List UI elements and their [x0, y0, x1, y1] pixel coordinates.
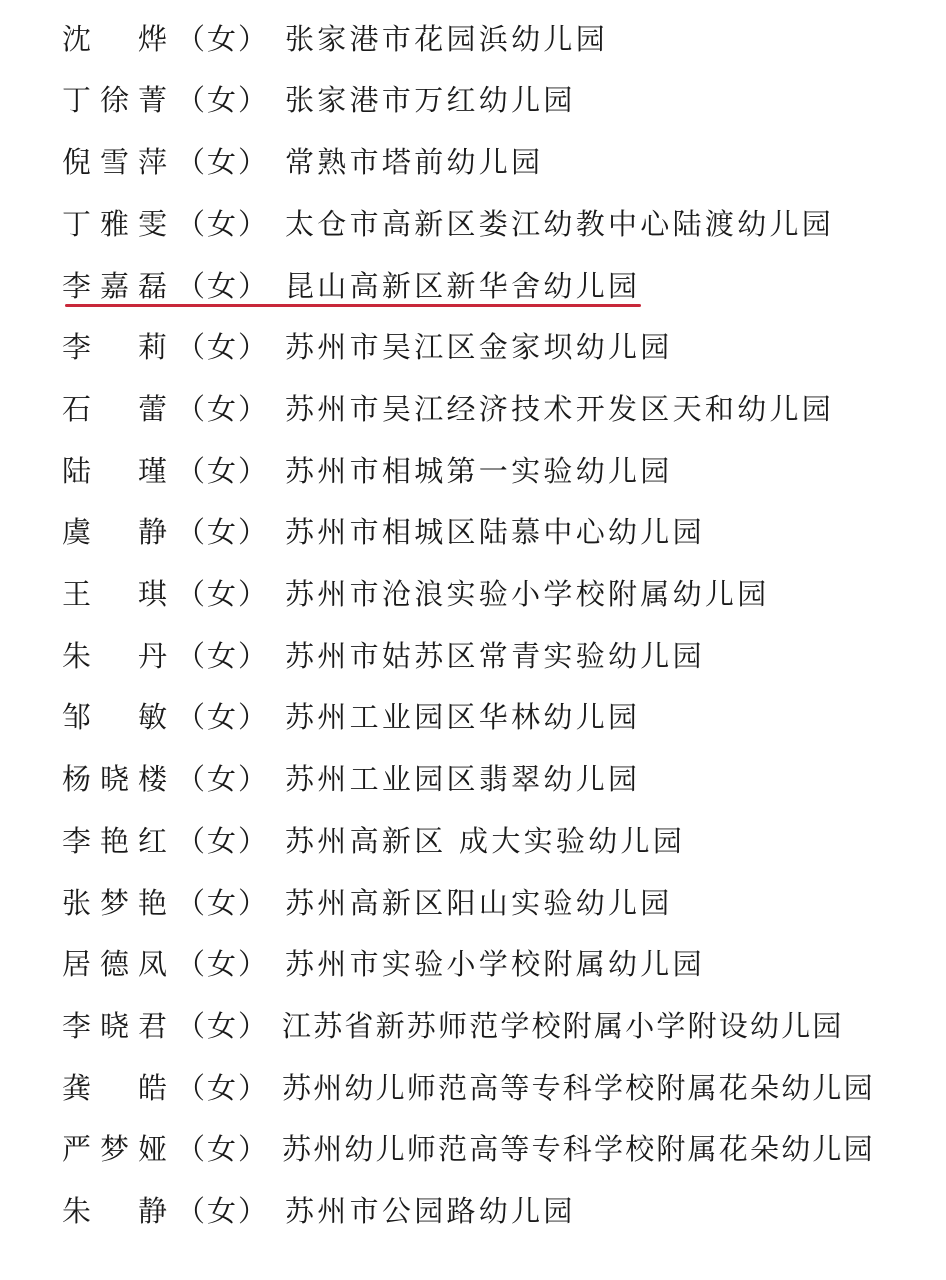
- gender-label: （女）: [176, 199, 269, 249]
- organization: 苏州市姑苏区常青实验幼儿园: [285, 631, 705, 681]
- gender-label: （女）: [176, 631, 269, 681]
- list-item: 沈烨（女） 张家港市花园浜幼儿园: [0, 14, 946, 64]
- list-item: 杨晓楼（女） 苏州工业园区翡翠幼儿园: [0, 754, 946, 804]
- organization: 苏州市吴江区金家坝幼儿园: [285, 322, 673, 372]
- list-item: 龚皓（女） 苏州幼儿师范高等专科学校附属花朵幼儿园: [0, 1063, 946, 1113]
- organization: 苏州市相城区陆慕中心幼儿园: [285, 507, 705, 557]
- person-name: 李晓君（女）: [62, 1001, 269, 1051]
- gender-label: （女）: [176, 1186, 269, 1236]
- organization: 江苏省新苏师范学校附属小学附设幼儿园: [282, 1001, 844, 1051]
- person-name: 石蕾（女）: [62, 384, 269, 434]
- organization: 苏州市吴江经济技术开发区天和幼儿园: [285, 384, 834, 434]
- list-item: 张梦艳（女） 苏州高新区阳山实验幼儿园: [0, 878, 946, 928]
- list-item: 朱静（女） 苏州市公园路幼儿园: [0, 1186, 946, 1236]
- person-name: 陆瑾（女）: [62, 446, 269, 496]
- list-item: 王琪（女） 苏州市沧浪实验小学校附属幼儿园: [0, 569, 946, 619]
- gender-label: （女）: [176, 14, 269, 64]
- list-item: 陆瑾（女） 苏州市相城第一实验幼儿园: [0, 446, 946, 496]
- organization: 苏州高新区阳山实验幼儿园: [285, 878, 673, 928]
- organization: 苏州市实验小学校附属幼儿园: [285, 939, 705, 989]
- gender-label: （女）: [176, 816, 269, 866]
- list-item: 严梦娅（女） 苏州幼儿师范高等专科学校附属花朵幼儿园: [0, 1124, 946, 1174]
- organization: 苏州高新区 成大实验幼儿园: [285, 816, 685, 866]
- person-name: 居德凤（女）: [62, 939, 269, 989]
- gender-label: （女）: [176, 754, 269, 804]
- person-name: 邹敏（女）: [62, 692, 269, 742]
- person-name: 沈烨（女）: [62, 14, 269, 64]
- organization: 张家港市花园浜幼儿园: [285, 14, 608, 64]
- list-item: 李莉（女） 苏州市吴江区金家坝幼儿园: [0, 322, 946, 372]
- gender-label: （女）: [176, 75, 269, 125]
- organization: 太仓市高新区娄江幼教中心陆渡幼儿园: [285, 199, 834, 249]
- list-item: 虞静（女） 苏州市相城区陆慕中心幼儿园: [0, 507, 946, 557]
- gender-label: （女）: [176, 384, 269, 434]
- person-name: 李艳红（女）: [62, 816, 269, 866]
- list-item: 居德凤（女） 苏州市实验小学校附属幼儿园: [0, 939, 946, 989]
- list-item: 倪雪萍（女） 常熟市塔前幼儿园: [0, 137, 946, 187]
- list-item: 丁徐菁（女） 张家港市万红幼儿园: [0, 75, 946, 125]
- list-item: 李艳红（女） 苏州高新区 成大实验幼儿园: [0, 816, 946, 866]
- organization: 苏州市沧浪实验小学校附属幼儿园: [285, 569, 770, 619]
- list-item: 石蕾（女） 苏州市吴江经济技术开发区天和幼儿园: [0, 384, 946, 434]
- gender-label: （女）: [176, 878, 269, 928]
- person-name: 朱静（女）: [62, 1186, 269, 1236]
- person-name: 李莉（女）: [62, 322, 269, 372]
- person-name: 倪雪萍（女）: [62, 137, 269, 187]
- organization: 苏州工业园区华林幼儿园: [285, 692, 640, 742]
- person-name: 严梦娅（女）: [62, 1124, 269, 1174]
- organization: 苏州市相城第一实验幼儿园: [285, 446, 673, 496]
- person-name: 虞静（女）: [62, 507, 269, 557]
- organization: 常熟市塔前幼儿园: [285, 137, 543, 187]
- gender-label: （女）: [176, 322, 269, 372]
- person-name: 丁雅雯（女）: [62, 199, 269, 249]
- organization: 苏州工业园区翡翠幼儿园: [285, 754, 640, 804]
- organization: 张家港市万红幼儿园: [285, 75, 576, 125]
- gender-label: （女）: [176, 1001, 269, 1051]
- person-name: 朱丹（女）: [62, 631, 269, 681]
- list-item: 朱丹（女） 苏州市姑苏区常青实验幼儿园: [0, 631, 946, 681]
- organization: 苏州幼儿师范高等专科学校附属花朵幼儿园: [282, 1063, 875, 1113]
- person-name: 张梦艳（女）: [62, 878, 269, 928]
- person-name: 龚皓（女）: [62, 1063, 269, 1113]
- list-item: 丁雅雯（女） 太仓市高新区娄江幼教中心陆渡幼儿园: [0, 199, 946, 249]
- gender-label: （女）: [176, 692, 269, 742]
- list-item: 邹敏（女） 苏州工业园区华林幼儿园: [0, 692, 946, 742]
- gender-label: （女）: [176, 1124, 269, 1174]
- organization: 苏州幼儿师范高等专科学校附属花朵幼儿园: [282, 1124, 875, 1174]
- gender-label: （女）: [176, 569, 269, 619]
- list-item: 李晓君（女） 江苏省新苏师范学校附属小学附设幼儿园: [0, 1001, 946, 1051]
- organization: 苏州市公园路幼儿园: [285, 1186, 576, 1236]
- gender-label: （女）: [176, 137, 269, 187]
- gender-label: （女）: [176, 446, 269, 496]
- person-name: 丁徐菁（女）: [62, 75, 269, 125]
- gender-label: （女）: [176, 1063, 269, 1113]
- person-name: 杨晓楼（女）: [62, 754, 269, 804]
- gender-label: （女）: [176, 507, 269, 557]
- gender-label: （女）: [176, 939, 269, 989]
- person-name: 王琪（女）: [62, 569, 269, 619]
- red-underline: [65, 304, 641, 307]
